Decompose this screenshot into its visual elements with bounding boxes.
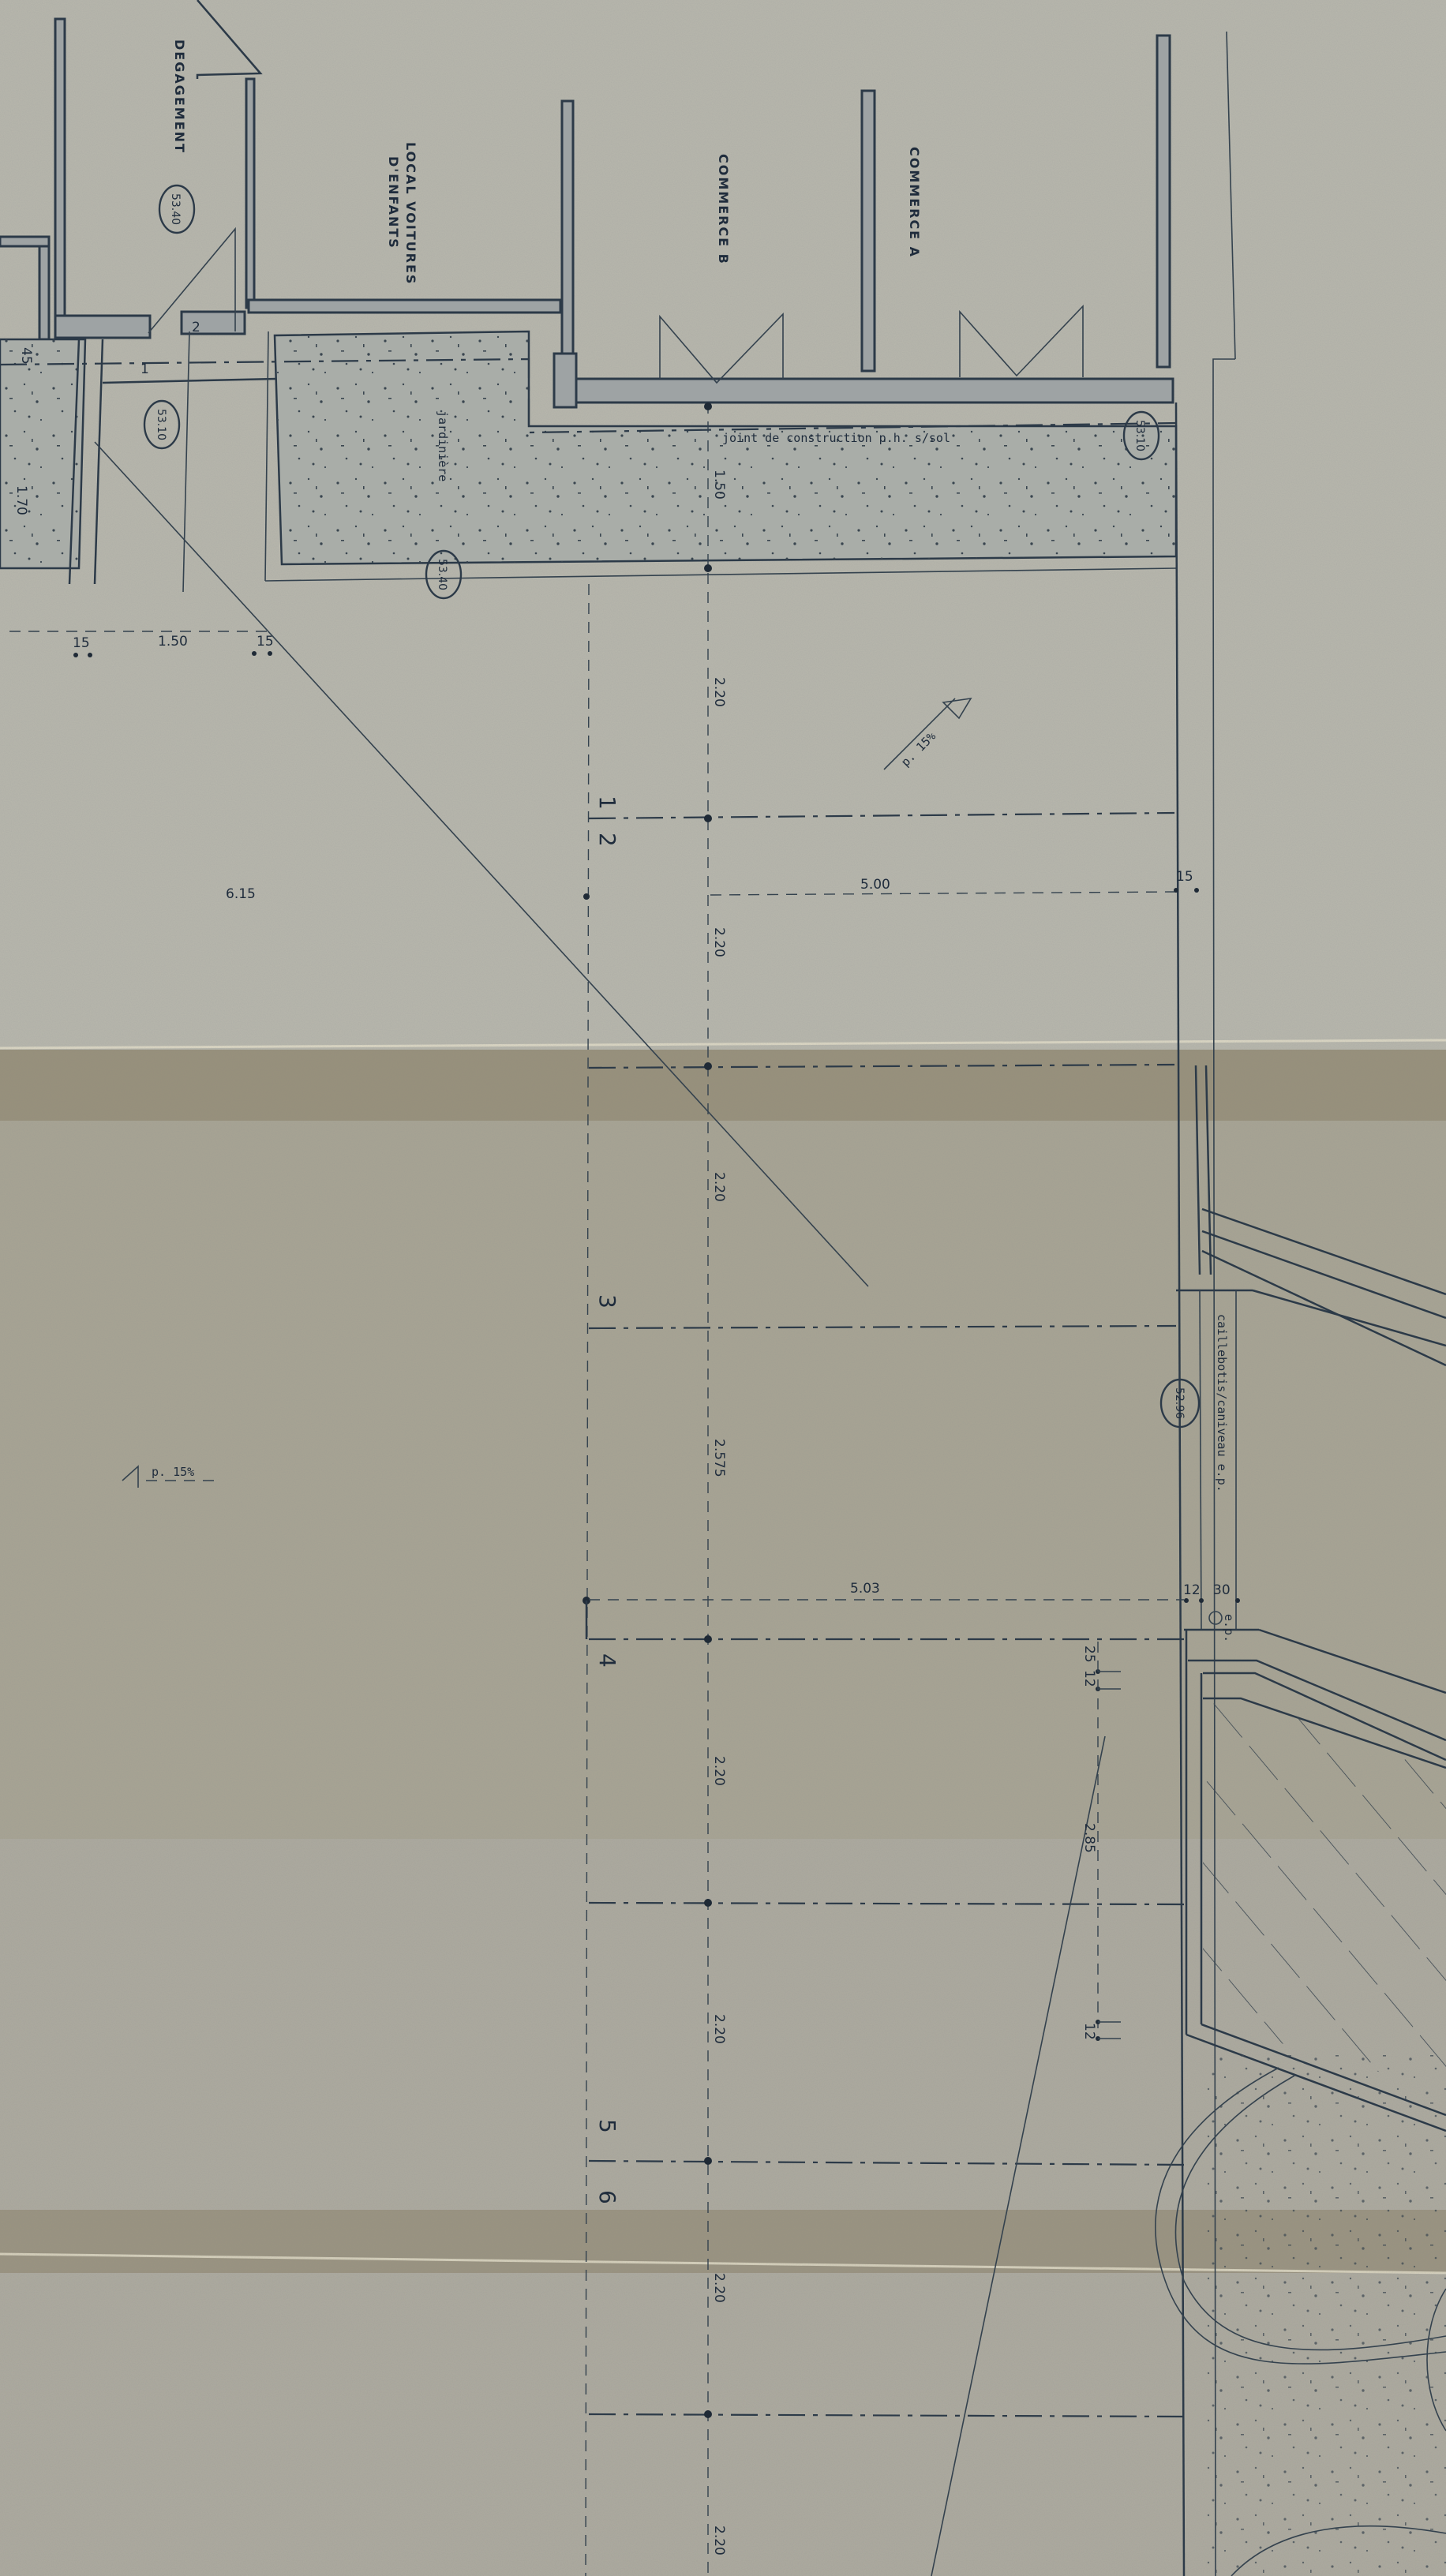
svg-text:25: 25: [1081, 1646, 1097, 1663]
room-label-degagement: DEGAGEMENT: [172, 39, 187, 154]
svg-text:15: 15: [1176, 869, 1193, 885]
svg-text:12: 12: [1183, 1582, 1201, 1598]
caillebotis-note: caillebotis/caniveau e.p.: [1215, 1314, 1229, 1492]
svg-text:2.85: 2.85: [1081, 1823, 1097, 1853]
bay-number-1: 1: [594, 796, 620, 810]
svg-text:2.20: 2.20: [711, 1756, 727, 1786]
room-label-local-voitures: LOCAL VOITURES: [403, 142, 418, 285]
svg-text:15: 15: [257, 634, 274, 650]
svg-text:30: 30: [1213, 1582, 1231, 1598]
svg-text:6.15: 6.15: [226, 886, 256, 902]
svg-text:2.20: 2.20: [711, 1172, 727, 1202]
svg-text:1.70: 1.70: [13, 485, 29, 515]
svg-text:1.50: 1.50: [158, 634, 188, 650]
svg-text:2.575: 2.575: [711, 1439, 727, 1477]
room-label-local-voitures-2: D'ENFANTS: [386, 156, 401, 249]
door-step-2: 2: [192, 320, 200, 335]
svg-text:2.20: 2.20: [711, 2525, 727, 2555]
svg-text:p. 15%: p. 15%: [152, 1465, 194, 1479]
svg-text:2.20: 2.20: [711, 2273, 727, 2303]
svg-text:5.03: 5.03: [850, 1581, 880, 1597]
svg-text:12: 12: [1081, 2023, 1097, 2040]
svg-text:45: 45: [18, 347, 34, 365]
svg-text:53.10: 53.10: [1133, 420, 1146, 451]
svg-text:2.20: 2.20: [711, 677, 727, 707]
bay-number-3: 3: [594, 1294, 620, 1309]
room-label-commerce-a: COMMERCE A: [907, 147, 922, 258]
planter-label-jardiniere: jardinière: [436, 410, 450, 481]
bay-number-5: 5: [594, 2119, 620, 2133]
svg-text:1.50: 1.50: [711, 470, 727, 500]
planter-left: [0, 339, 85, 568]
room-label-commerce-b: COMMERCE B: [716, 154, 731, 265]
bay-number-2: 2: [594, 833, 620, 847]
svg-text:53.40: 53.40: [436, 559, 448, 590]
svg-text:e.p.: e.p.: [1222, 1614, 1236, 1642]
svg-text:2.20: 2.20: [711, 927, 727, 957]
svg-text:15: 15: [73, 635, 90, 651]
svg-text:5.00: 5.00: [860, 877, 890, 893]
construction-joint-note: joint de construction p.h. s/sol: [722, 431, 950, 445]
floor-plan-drawing: 53.40 53.10 53.40 53.10 52.96 DEGAGEMENT…: [0, 0, 1446, 2576]
svg-text:52.96: 52.96: [1173, 1387, 1186, 1419]
door-step-1: 1: [140, 361, 149, 377]
bay-number-4: 4: [594, 1653, 620, 1668]
svg-text:53.40: 53.40: [169, 193, 182, 225]
bay-number-6: 6: [594, 2190, 620, 2204]
svg-text:2.20: 2.20: [711, 2014, 727, 2044]
svg-text:53.10: 53.10: [155, 409, 167, 440]
svg-text:12: 12: [1081, 1670, 1097, 1687]
